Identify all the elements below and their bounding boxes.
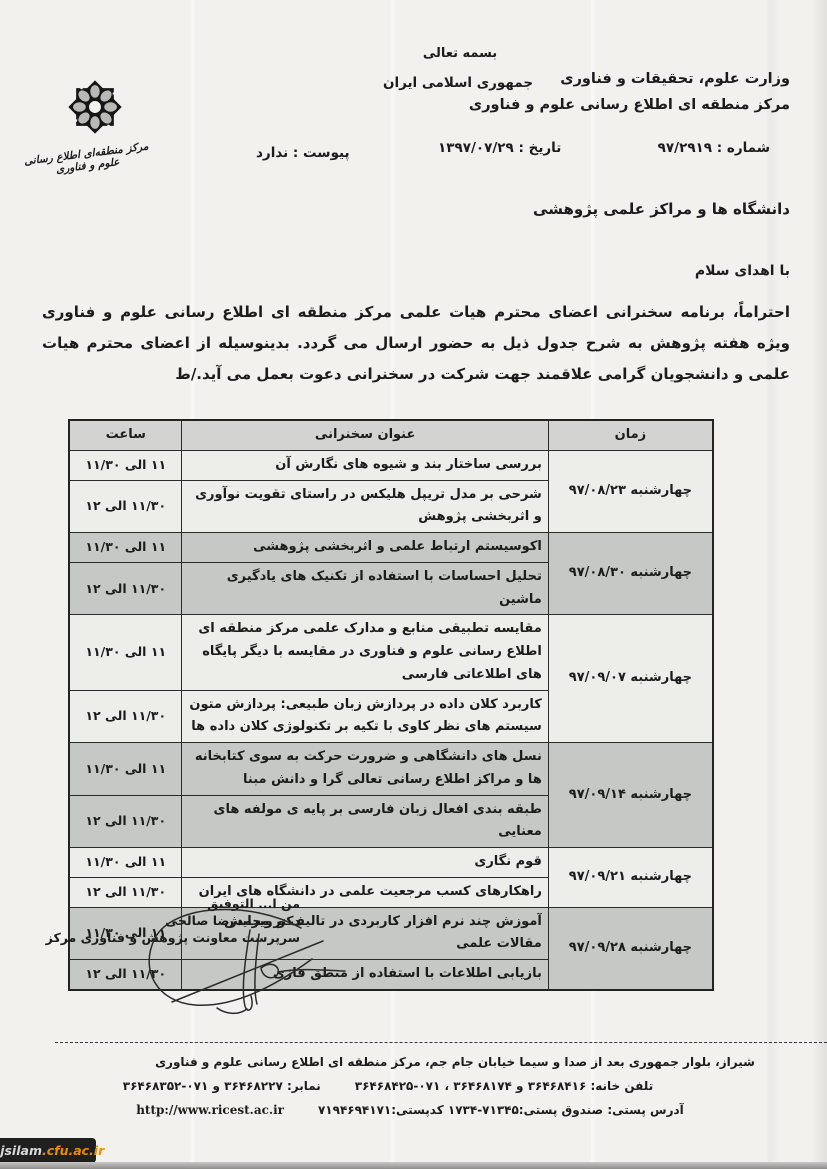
cell-session-date: چهارشنبه ۹۷/۰۸/۲۳ [548,450,713,532]
letter-number: شماره : ۹۷/۲۹۱۹ [658,140,770,156]
cell-lecture-title: اکوسیستم ارتباط علمی و اثربخشی پژوهشی [182,533,548,563]
cell-lecture-hour: ۱۱ الی ۱۱/۳۰ [69,533,182,563]
cell-session-date: چهارشنبه ۹۷/۰۹/۱۴ [548,743,713,848]
cell-lecture-hour: ۱۱/۳۰ الی ۱۲ [69,690,182,743]
cell-lecture-title: طبقه بندی افعال زبان فارسی بر پایه ی مول… [182,795,548,848]
column-header-hour: ساعت [69,420,182,450]
footer-postal: آدرس پستی: صندوق پستی:۷۱۳۴۵-۱۷۳۴ کدپستی:… [318,1103,684,1117]
cell-lecture-hour: ۱۱ الی ۱۱/۳۰ [69,848,182,878]
besmellah-text: بسمه تعالی [380,46,540,61]
watermark-site-orange: .cfu.ac.ir [42,1143,104,1158]
table-row: چهارشنبه ۹۷/۰۹/۰۷مقایسه تطبیقی منابع و م… [69,615,713,690]
republic-text: جمهوری اسلامی ایران [372,75,544,91]
letter-attachment: پیوست : ندارد [256,145,350,161]
footer-phone: تلفن خانه: ۳۶۴۶۸۴۱۶ و ۳۶۴۶۸۱۷۴ ، ۰۷۱-۳۶۴… [355,1079,653,1093]
cell-lecture-title: شرحی بر مدل تریپل هلیکس در راستای تقویت … [182,480,548,533]
ricest-logo-icon [54,64,136,150]
cell-lecture-title: بررسی ساختار بند و شیوه های نگارش آن [182,450,548,480]
footer-website: http://www.ricest.ac.ir [136,1103,284,1117]
letter-number-value: ۹۷/۲۹۱۹ [658,140,712,156]
table-row: چهارشنبه ۹۷/۰۹/۲۱قوم نگاری۱۱ الی ۱۱/۳۰ [69,848,713,878]
addressee-heading: دانشگاه ها و مراکز علمی پژوهشی [533,200,790,218]
scan-right-edge [811,0,827,1169]
ministry-name: وزارت علوم، تحقیقات و فناوری [560,71,790,87]
watermark-site-gray: ejsilam [0,1143,42,1158]
scanned-letter-page: بسمه تعالی وزارت علوم، تحقیقات و فناوری … [0,0,827,1169]
cell-lecture-hour: ۱۱/۳۰ الی ۱۲ [69,480,182,533]
footer-postal-web: آدرس پستی: صندوق پستی:۷۱۳۴۵-۱۷۳۴ کدپستی:… [45,1098,775,1122]
cell-lecture-hour: ۱۱ الی ۱۱/۳۰ [69,450,182,480]
letter-date-label: تاریخ : [518,140,561,156]
footer-fax: نمابر: ۳۶۴۶۸۲۲۷ و ۰۷۱-۳۶۴۶۸۳۵۲ [123,1079,321,1093]
table-row: چهارشنبه ۹۷/۰۸/۳۰اکوسیستم ارتباط علمی و … [69,533,713,563]
footer-address: شیراز، بلوار جمهوری بعد از صدا و سیما خی… [90,1050,820,1074]
cell-lecture-hour: ۱۱ الی ۱۱/۳۰ [69,743,182,796]
table-header-row: زمان عنوان سخنرانی ساعت [69,420,713,450]
table-row: چهارشنبه ۹۷/۰۸/۲۳بررسی ساختار بند و شیوه… [69,450,713,480]
cell-lecture-title: قوم نگاری [182,848,548,878]
letter-attachment-label: پیوست : [293,145,350,161]
letter-attachment-value: ندارد [256,145,288,161]
salutation-heading: با اهدای سلام [695,263,790,279]
letter-number-label: شماره : [717,140,770,156]
letter-date: تاریخ : ۱۳۹۷/۰۷/۲۹ [438,140,561,156]
handwritten-signature [115,888,360,1023]
cell-lecture-title: نسل های دانشگاهی و ضرورت حرکت به سوی کتا… [182,743,548,796]
cell-session-date: چهارشنبه ۹۷/۰۹/۲۸ [548,907,713,990]
footer-divider [55,1042,827,1043]
cell-session-date: چهارشنبه ۹۷/۰۸/۳۰ [548,533,713,615]
footer-phone-fax: تلفن خانه: ۳۶۴۶۸۴۱۶ و ۳۶۴۶۸۱۷۴ ، ۰۷۱-۳۶۴… [23,1074,753,1098]
watermark-badge: ejsilam.cfu.ac.ir [0,1138,96,1163]
center-name: مرکز منطقه ای اطلاع رسانی علوم و فناوری [469,97,790,113]
column-header-time: زمان [548,420,713,450]
letter-body-text: برنامه سخنرانی اعضای محترم هیات علمی مرک… [42,303,790,383]
table-row: چهارشنبه ۹۷/۰۹/۱۴نسل های دانشگاهی و ضرور… [69,743,713,796]
letter-body-lead: احتراماً، [733,303,790,321]
cell-lecture-title: تحلیل احساسات با استفاده از تکنیک های یا… [182,562,548,615]
cell-lecture-title: کاربرد کلان داده در پردازش زبان طبیعی: پ… [182,690,548,743]
cell-session-date: چهارشنبه ۹۷/۰۹/۰۷ [548,615,713,743]
letter-date-value: ۱۳۹۷/۰۷/۲۹ [438,140,514,156]
cell-lecture-hour: ۱۱ الی ۱۱/۳۰ [69,615,182,690]
letter-body-paragraph: احتراماً، برنامه سخنرانی اعضای محترم هیا… [42,297,790,390]
cell-lecture-title: مقایسه تطبیقی منابع و مدارک علمی مرکز من… [182,615,548,690]
cell-lecture-hour: ۱۱/۳۰ الی ۱۲ [69,795,182,848]
footer: شیراز، بلوار جمهوری بعد از صدا و سیما خی… [60,1050,790,1122]
scan-bottom-edge [0,1162,827,1169]
cell-lecture-hour: ۱۱/۳۰ الی ۱۲ [69,562,182,615]
column-header-title: عنوان سخنرانی [182,420,548,450]
cell-session-date: چهارشنبه ۹۷/۰۹/۲۱ [548,848,713,908]
